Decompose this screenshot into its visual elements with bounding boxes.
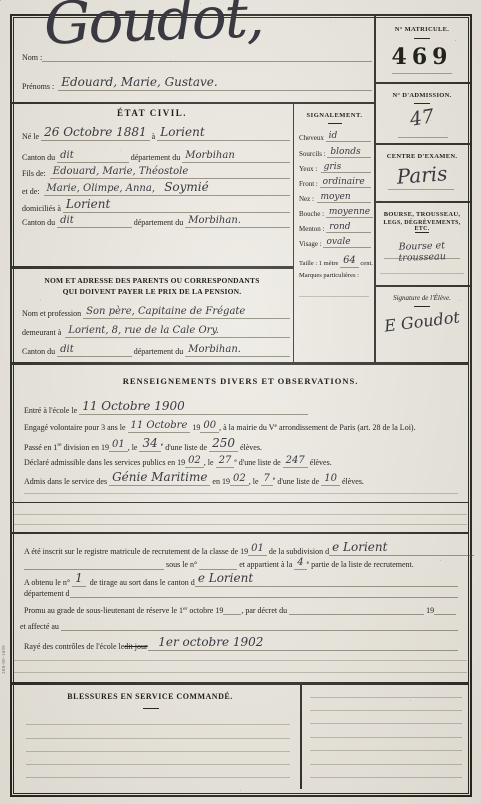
matricule-number: 469 — [376, 44, 468, 70]
registration-form-page: 200-09-1899 Nom : Goudot, Prénoms : Edou… — [0, 0, 481, 804]
blank-line — [14, 672, 467, 673]
blank-line — [310, 697, 462, 698]
blessures-divider — [300, 684, 302, 789]
blank-line — [310, 710, 462, 711]
bourse-dash — [415, 232, 429, 233]
renseignements-top-rule — [12, 362, 469, 365]
matricule-label: N° MATRICULE. — [376, 26, 468, 33]
admission-underline — [398, 137, 448, 138]
blank-line — [14, 524, 467, 525]
inscrit-registre-line: A été inscrit sur le registre matricule … — [24, 541, 474, 556]
bourse-label-1: BOURSE, TROUSSEAU, — [376, 211, 468, 218]
sourcils-row: Sourcils : blonds — [299, 147, 371, 158]
affecte-line: et affecté au — [20, 622, 458, 631]
paper-speckles — [0, 0, 1, 1]
signalement-title: SIGNALEMENT. — [295, 112, 374, 119]
demeurant-line: demeurant à Lorient, 8, rue de la Cale O… — [22, 325, 290, 338]
parents-title-2: QUI DOIVENT PAYER LE PRIX DE LA PENSION. — [18, 287, 286, 296]
menton-row: Menton : rond — [299, 222, 371, 233]
blessures-dash — [143, 708, 159, 709]
admission-label: N° D'ADMISSION. — [376, 92, 468, 99]
marques-row: Marques particulières : — [299, 272, 371, 279]
canton-2-line: Canton du dit département du Morbihan. — [22, 215, 290, 228]
parents-box-top-rule — [12, 266, 294, 269]
printers-mark: 200-09-1899 — [1, 645, 6, 674]
blank-line — [26, 738, 290, 739]
taille-row: Taille : 1 mètre 64 cent. — [299, 255, 371, 268]
header-rule — [12, 102, 375, 104]
blank-line — [310, 777, 462, 778]
blank-line — [310, 737, 462, 738]
admis-service-line: Admis dans le service des Génie Maritime… — [24, 471, 458, 486]
right-col-rule-4 — [375, 285, 470, 287]
right-col-rule-1 — [375, 82, 470, 84]
profession-line: Nom et profession Son père, Capitaine de… — [22, 306, 290, 319]
nez-row: Nez : moyen — [299, 192, 371, 203]
visage-row: Visage : ovale — [299, 237, 371, 248]
blank-line — [26, 777, 290, 778]
blank-line — [26, 751, 290, 752]
entre-ecole-line: Entré à l'école le 11 Octobre 1900 — [24, 400, 458, 415]
yeux-row: Yeux : gris — [299, 162, 371, 173]
departement-line: département d — [24, 589, 458, 598]
signature-dash — [414, 306, 430, 307]
sous-numero-line: sous le n° et appartient à la 4e partie … — [24, 557, 458, 570]
etat-civil-title: ÉTAT CIVIL. — [20, 108, 284, 118]
bouche-row: Bouche : moyenne — [299, 207, 371, 218]
matricule-dash — [414, 38, 430, 39]
right-col-rule-3 — [375, 201, 470, 203]
signalement-dash — [328, 123, 342, 124]
signature-label: Signature de l'Élève. — [376, 294, 468, 302]
engage-volontaire-line: Engagé volontaire pour 3 ans le 11 Octob… — [24, 420, 458, 433]
marques-blank-line — [299, 296, 369, 297]
blank-line — [310, 764, 462, 765]
recruitment-top-rule — [12, 532, 469, 534]
blank-line — [14, 514, 467, 515]
centre-underline — [388, 189, 454, 190]
passe-division-line: Passé en 1re division en 1901, le 34e d'… — [24, 437, 458, 452]
matricule-underline — [392, 73, 452, 74]
tirage-sort-line: A obtenu le n° 1 de tirage au sort dans … — [24, 572, 458, 587]
promu-grade-line: Promu au grade de sous-lieutenant de rés… — [24, 606, 458, 615]
blank-line — [310, 723, 462, 724]
right-col-rule-2 — [375, 143, 470, 145]
front-row: Front : ordinaire — [299, 177, 371, 188]
prenoms-line: Prénoms : Edouard, Marie, Gustave. — [22, 76, 372, 91]
fils-de-line: Fils de: Edouard, Marie, Théostole — [22, 166, 290, 179]
et-de-line: et de: Marie, Olimpe, Anna, Soymié — [22, 181, 290, 196]
blank-line — [14, 660, 467, 661]
blank-line — [26, 724, 290, 725]
renseignements-title: RENSEIGNEMENTS DIVERS ET OBSERVATIONS. — [12, 376, 469, 386]
blessures-top-rule — [12, 682, 469, 685]
declare-admissible-line: Déclaré admissible dans les services pub… — [24, 455, 458, 468]
bourse-blank-line — [380, 273, 464, 274]
domicilies-line: domiciliés à Lorient — [22, 198, 290, 213]
name-signature-large: Goudot, — [43, 0, 264, 58]
section-thin-rule — [12, 502, 469, 503]
blank-line — [310, 750, 462, 751]
signalement-divider — [293, 103, 294, 363]
parents-canton-line: Canton du dit département du Morbihan. — [22, 344, 290, 357]
parents-title-1: NOM ET ADRESSE DES PARENTS OU CORRESPOND… — [18, 276, 286, 285]
blank-line — [24, 493, 458, 494]
admission-dash — [414, 103, 430, 104]
ne-le-line: Né le 26 Octobre 1881 à Lorient — [22, 126, 290, 141]
centre-examen-label: CENTRE D'EXAMEN. — [376, 153, 468, 160]
blank-line — [26, 764, 290, 765]
bourse-label-2: LEGS, DÉGRÈVEMENTS, ETC. — [376, 220, 468, 232]
blessures-title: BLESSURES EN SERVICE COMMANDÉ. — [30, 692, 270, 701]
canton-1-line: Canton du dit département du Morbihan — [22, 150, 290, 163]
bourse-value: Bourse et trousseau — [374, 239, 471, 264]
raye-controles-line: Rayé des contrôles de l'école ledit jour… — [24, 636, 458, 651]
cheveux-row: Cheveux id — [299, 131, 371, 142]
